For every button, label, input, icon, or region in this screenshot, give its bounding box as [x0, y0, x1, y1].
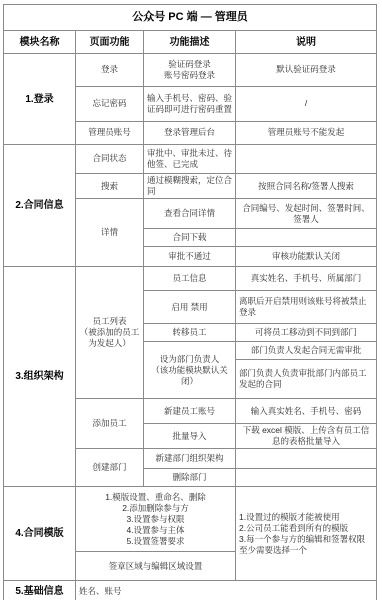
spec-table: 公众号 PC 端 — 管理员 模块名称 页面功能 功能描述 说明 1.登录 登录…: [3, 4, 377, 600]
desc-cell: 输入手机号、密码、验证码即可进行密码重置: [144, 87, 236, 122]
module-cell-basic-info: 5.基础信息: [4, 581, 76, 600]
desc-cell: 通过模糊搜索，定位合同: [144, 174, 236, 199]
module-cell-organization: 3.组织架构: [4, 267, 76, 487]
note-cell: 默认验证码登录: [236, 54, 377, 87]
feature-cell: 合同状态: [76, 145, 144, 174]
desc-cell: 转移员工: [144, 324, 236, 342]
note-cell: 合同编号、发起时间、签署时间、签署人: [236, 199, 377, 229]
note-cell-empty: [236, 145, 377, 174]
desc-cell-template-settings: 1.模版设置、重命名、删除 2.添加删除参与方 3.设置参与权限 4.设置参与主…: [76, 487, 236, 552]
note-cell: 可将员工移动到不同到部门: [236, 324, 377, 342]
note-cell-template: 1.设置过的模版才能被使用 2.公司员工能看到所有的模版 3.每一个参与方的编辑…: [236, 487, 377, 581]
feature-cell-employee-list: 员工列表 （被添加的员工为发起人）: [76, 267, 144, 399]
desc-cell: 查看合同详情: [144, 199, 236, 229]
note-cell: 输入真实姓名、手机号、密码: [236, 399, 377, 424]
column-header-feature: 页面功能: [76, 31, 144, 54]
note-cell: 审核功能默认关闭: [236, 247, 377, 267]
column-header-description: 功能描述: [144, 31, 236, 54]
column-header-note: 说明: [236, 31, 377, 54]
note-cell: 部门负责人发起合同无需审批: [236, 342, 377, 360]
note-cell: 部门负责人负责审批部门内部员工发起的合同: [236, 360, 377, 399]
basic-info-content-cell: 姓名、账号: [76, 581, 377, 600]
desc-cell: 合同下载: [144, 229, 236, 247]
table-row: 1.登录 登录 验证码登录 账号密码登录 默认验证码登录: [4, 54, 377, 87]
desc-cell: 审批不通过: [144, 247, 236, 267]
page-title: 公众号 PC 端 — 管理员: [4, 5, 377, 31]
feature-cell-add-employee: 添加员工: [76, 399, 144, 449]
note-cell: /: [236, 87, 377, 122]
note-cell-empty: [236, 449, 377, 469]
desc-cell: 登录管理后台: [144, 122, 236, 145]
note-cell: 按照合同名称/签署人搜索: [236, 174, 377, 199]
column-header-module: 模块名称: [4, 31, 76, 54]
desc-cell: 删除部门: [144, 469, 236, 487]
feature-cell-create-department: 创建部门: [76, 449, 144, 487]
desc-cell: 新建员工账号: [144, 399, 236, 424]
note-cell: 真实姓名、手机号、所属部门: [236, 267, 377, 291]
module-cell-contract-info: 2.合同信息: [4, 145, 76, 267]
table-row: 3.组织架构 员工列表 （被添加的员工为发起人） 员工信息 真实姓名、手机号、所…: [4, 267, 377, 291]
desc-cell-set-leader: 设为部门负责人 （该功能模块默认关闭）: [144, 342, 236, 399]
desc-cell: 启用 禁用: [144, 291, 236, 324]
note-cell: 下载 excel 模版、上传含有员工信息的表格批量导入: [236, 424, 377, 449]
note-cell: 离职后开启禁用则该账号将被禁止登录: [236, 291, 377, 324]
desc-cell: 新建部门组织架构: [144, 449, 236, 469]
desc-cell-signature-area: 签章区域与编辑区域设置: [76, 552, 236, 581]
table-row: 2.合同信息 合同状态 审批中、审批未过、待他签、已完成: [4, 145, 377, 174]
note-cell-empty: [236, 469, 377, 487]
table-header-row: 模块名称 页面功能 功能描述 说明: [4, 31, 377, 54]
desc-cell: 批量导入: [144, 424, 236, 449]
feature-cell-detail: 详情: [76, 199, 144, 267]
table-title-row: 公众号 PC 端 — 管理员: [4, 5, 377, 31]
feature-cell: 搜索: [76, 174, 144, 199]
table-row: 4.合同模版 1.模版设置、重命名、删除 2.添加删除参与方 3.设置参与权限 …: [4, 487, 377, 552]
feature-cell: 忘记密码: [76, 87, 144, 122]
desc-cell: 员工信息: [144, 267, 236, 291]
desc-cell: 验证码登录 账号密码登录: [144, 54, 236, 87]
feature-cell: 登录: [76, 54, 144, 87]
note-cell-empty: [236, 229, 377, 247]
module-cell-login: 1.登录: [4, 54, 76, 145]
module-cell-contract-template: 4.合同模版: [4, 487, 76, 581]
desc-cell: 审批中、审批未过、待他签、已完成: [144, 145, 236, 174]
note-cell: 管理员账号不能发起: [236, 122, 377, 145]
table-row: 5.基础信息 姓名、账号: [4, 581, 377, 600]
feature-cell: 管理员账号: [76, 122, 144, 145]
